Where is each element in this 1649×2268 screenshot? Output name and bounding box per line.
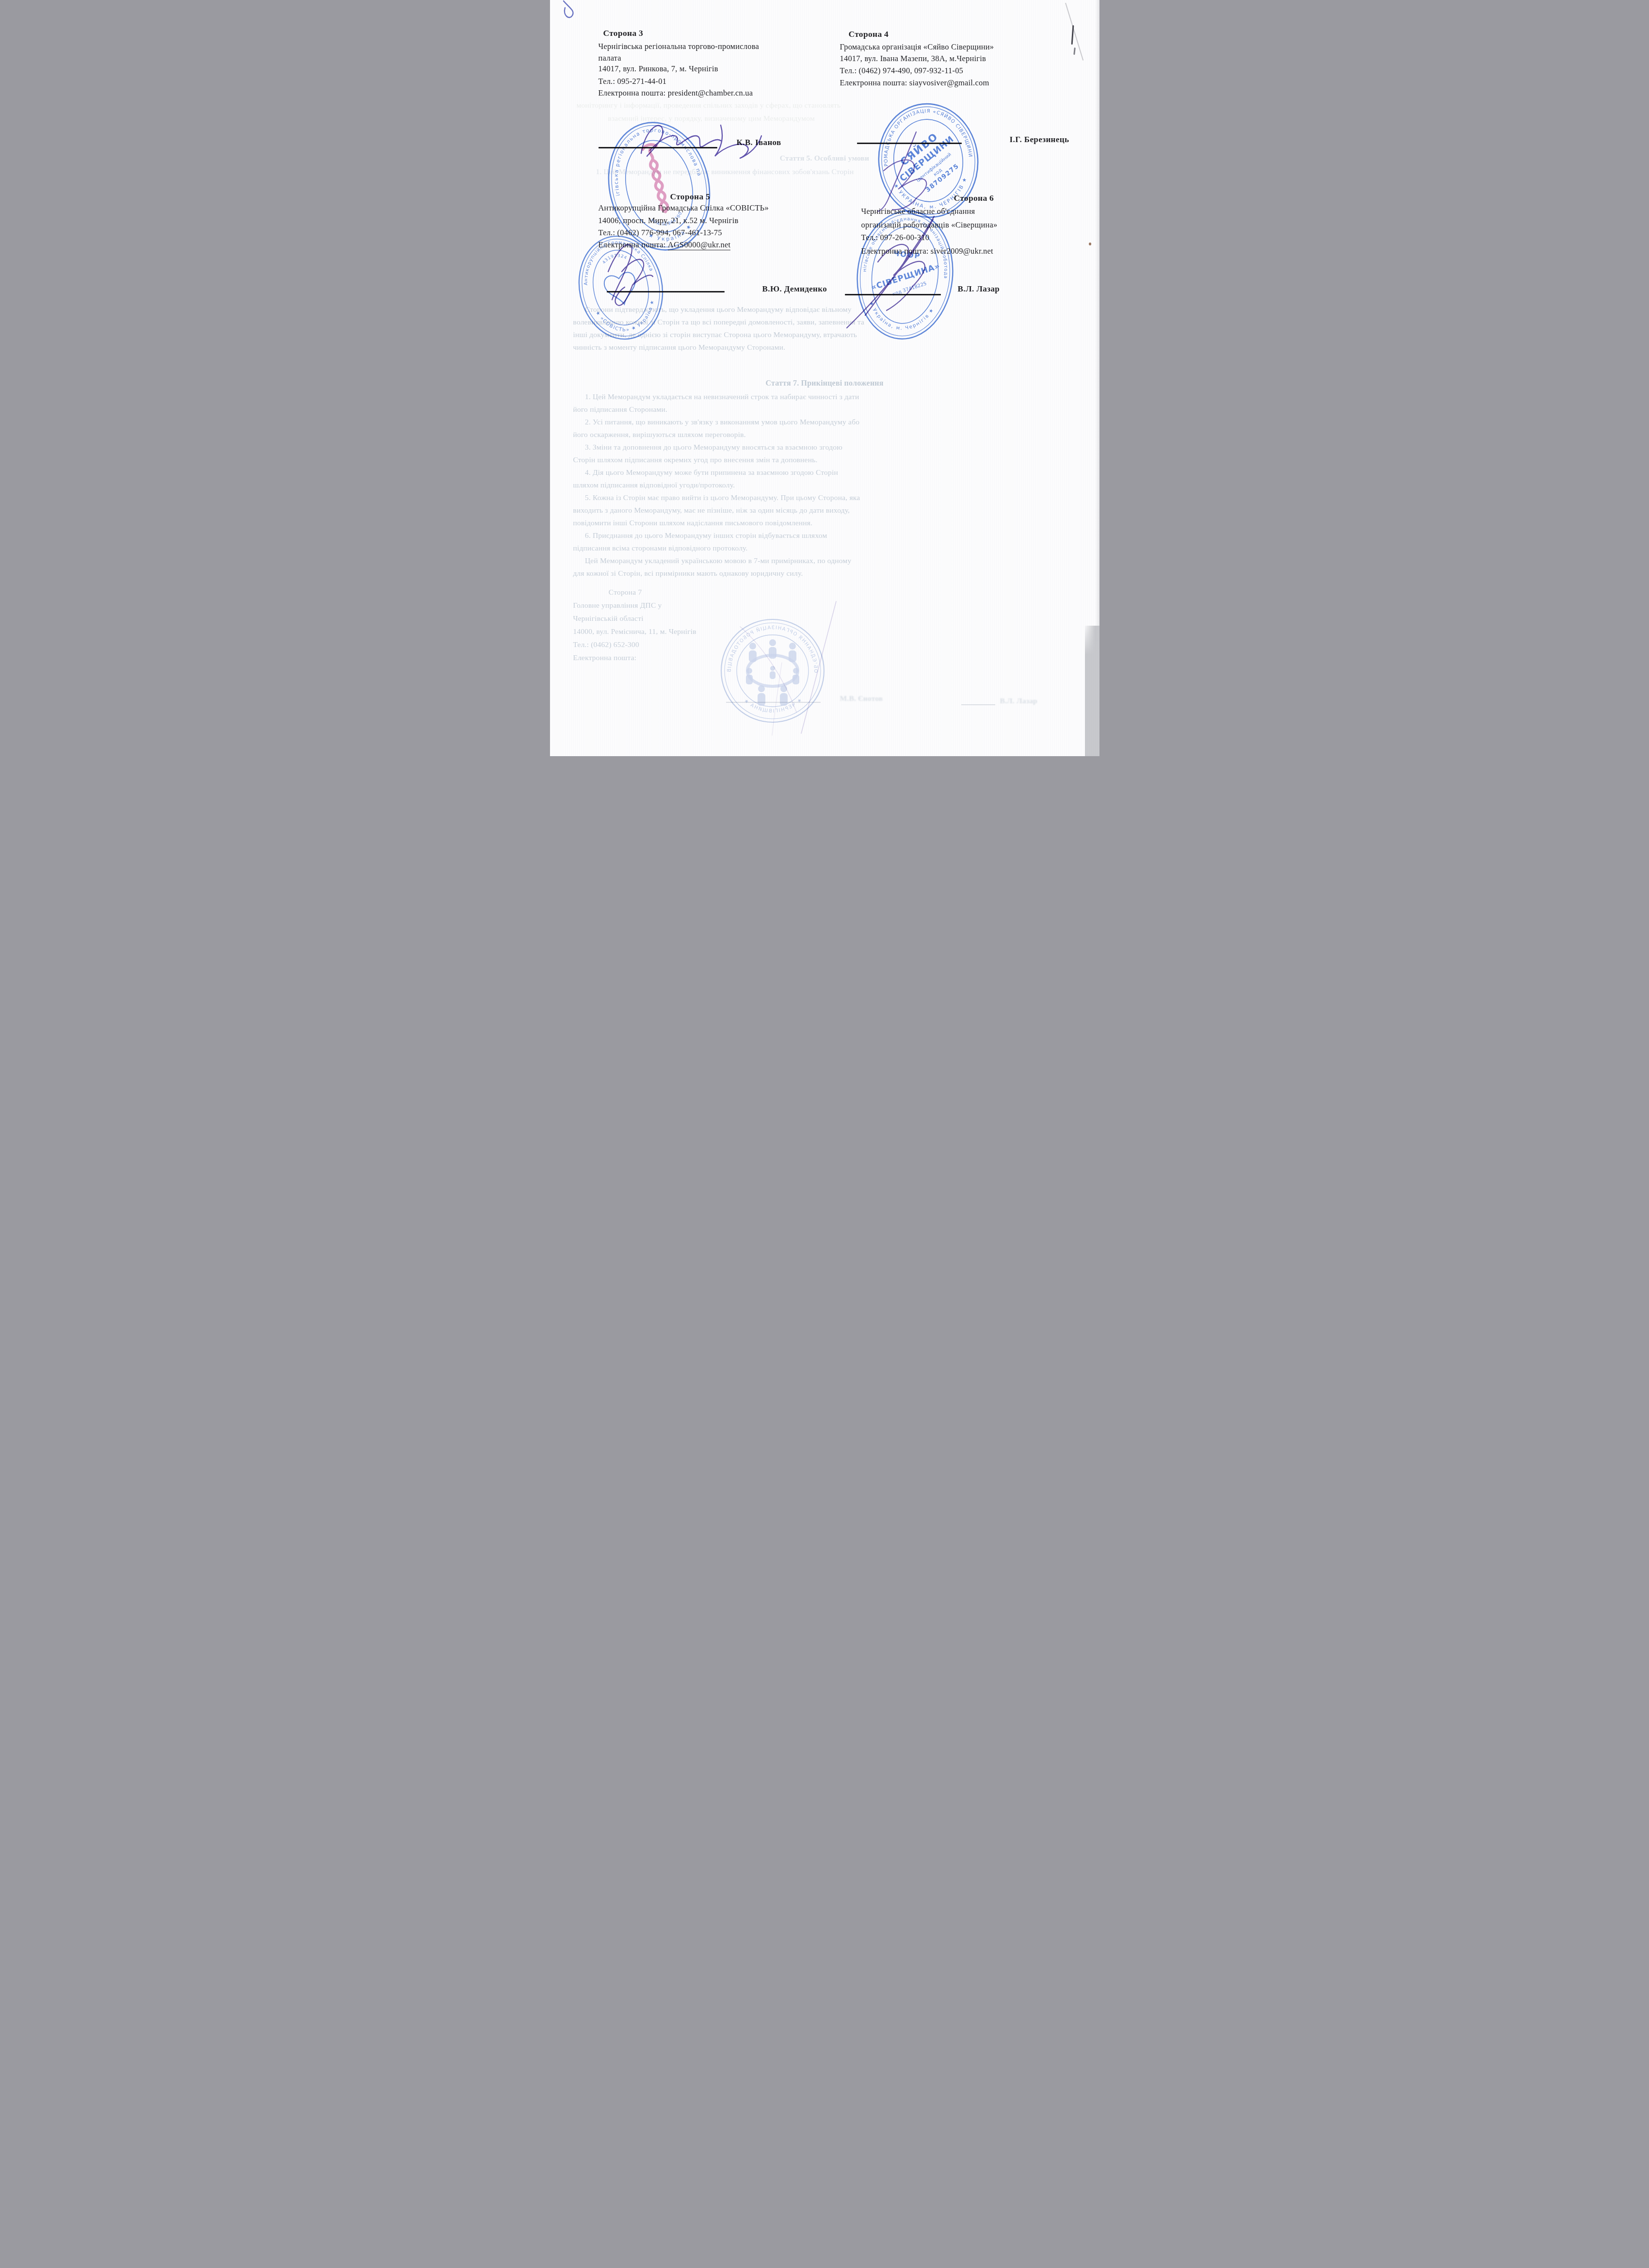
signature-demydenko: [608, 244, 653, 305]
paper-speck: [1089, 243, 1091, 245]
signature-ivanov: [641, 125, 761, 158]
signature-lazar: [847, 216, 934, 328]
signature-berezynets: [878, 132, 926, 211]
scanner-background-strip: [1085, 626, 1099, 756]
ghost-ink-swooshes: [740, 601, 836, 735]
handwritten-signatures-layer: [550, 0, 1099, 756]
scanned-memorandum-page: моніторингу і інформації, проведення спі…: [550, 0, 1099, 756]
corner-pen-mark: [564, 1, 573, 17]
